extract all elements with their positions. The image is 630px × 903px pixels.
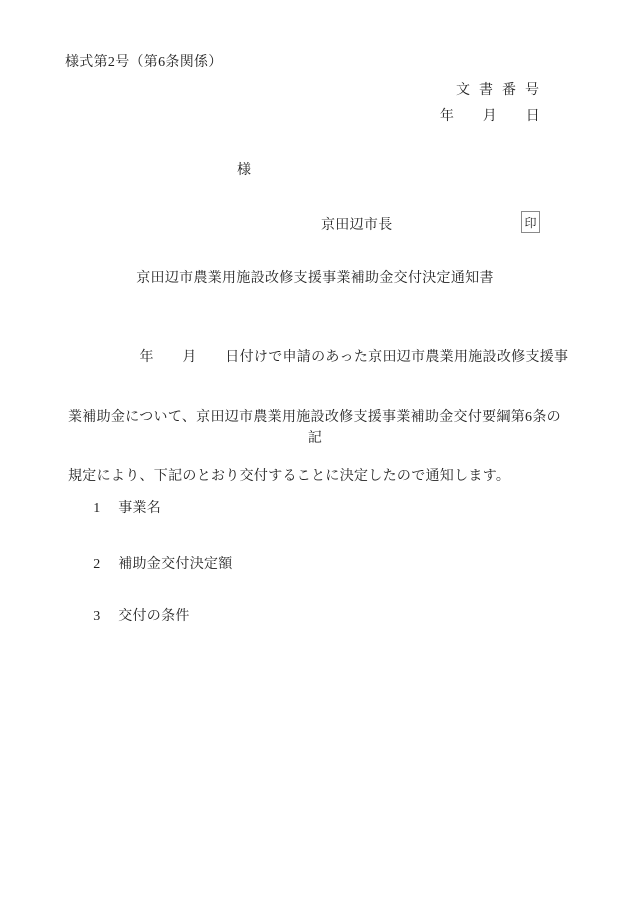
form-number: 様式第2号（第6条関係） bbox=[65, 51, 223, 71]
addressee-suffix: 様 bbox=[237, 159, 251, 179]
seal-stamp-placeholder: 印 bbox=[521, 211, 540, 233]
body-line: 年 月 日付けで申請のあった京田辺市農業用施設改修支援事 bbox=[68, 344, 573, 372]
record-marker: 記 bbox=[0, 427, 630, 447]
item-number: 2 bbox=[93, 557, 106, 573]
item-number: 3 bbox=[93, 609, 106, 625]
list-item-project-name: 1事業名 bbox=[78, 481, 161, 533]
date-line: 年 月 日 bbox=[440, 105, 540, 125]
item-number: 1 bbox=[93, 501, 106, 517]
document-number-label: 文書番号 bbox=[456, 79, 548, 99]
item-label: 交付の条件 bbox=[118, 609, 190, 624]
seal-character: 印 bbox=[524, 214, 536, 231]
list-item-grant-amount: 2補助金交付決定額 bbox=[78, 537, 233, 589]
sender-title: 京田辺市長 bbox=[321, 214, 393, 234]
document-title: 京田辺市農業用施設改修支援事業補助金交付決定通知書 bbox=[0, 267, 630, 287]
list-item-grant-conditions: 3交付の条件 bbox=[78, 589, 190, 641]
item-label: 補助金交付決定額 bbox=[118, 557, 232, 572]
item-label: 事業名 bbox=[118, 501, 161, 516]
document-page: 様式第2号（第6条関係） 文書番号 年 月 日 様 京田辺市長 印 京田辺市農業… bbox=[0, 0, 630, 903]
